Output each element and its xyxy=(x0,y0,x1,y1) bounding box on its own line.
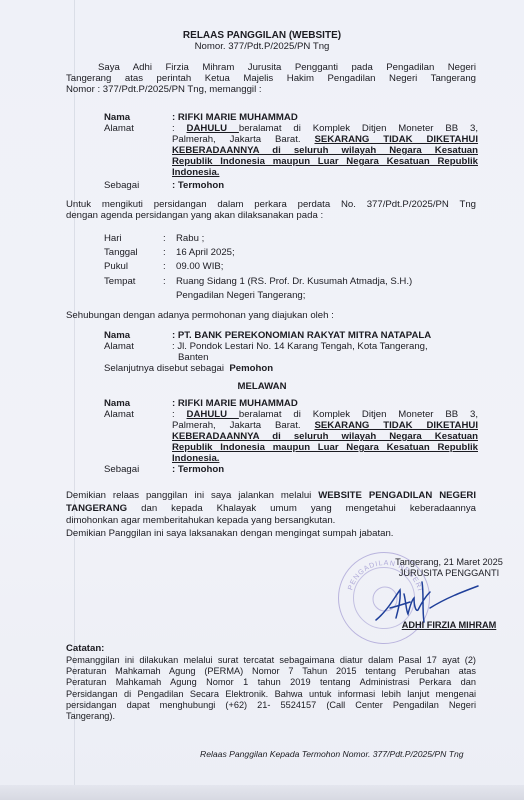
signature-position: JURUSITA PENGGANTI xyxy=(384,568,514,579)
signer-name: ADHI FIRZIA MIHRAM xyxy=(384,620,514,631)
applicant-intro: Sehubungan dengan adanya permohonan yang… xyxy=(66,310,334,321)
hearing-intro: Untuk mengikuti persidangan dalam perkar… xyxy=(66,199,476,221)
respondent-name: : RIFKI MARIE MUHAMMAD xyxy=(172,398,478,409)
role-label: Sebagai xyxy=(104,180,139,191)
applicant-role: Pemohon xyxy=(229,363,273,374)
scan-edge xyxy=(0,785,524,800)
role-value: : Termohon xyxy=(172,180,478,191)
document-page: RELAAS PANGGILAN (WEBSITE) Nomor. 377/Pd… xyxy=(0,0,524,800)
applicant-name: : PT. BANK PEREKONOMIAN RAKYAT MITRA NAT… xyxy=(172,330,478,341)
note-text: Pemanggilan ini dilakukan melalui surat … xyxy=(66,655,476,722)
applicant-address: : Jl. Pondok Lestari No. 14 Karang Tenga… xyxy=(172,341,478,352)
respondent-address: : DAHULU beralamat di Komplek Ditjen Mon… xyxy=(172,409,478,464)
document-title: RELAAS PANGGILAN (WEBSITE) xyxy=(0,30,524,41)
address-value: : DAHULU beralamat di Komplek Ditjen Mon… xyxy=(172,123,478,178)
versus-heading: MELAWAN xyxy=(0,381,524,392)
document-number: Nomor. 377/Pdt.P/2025/PN Tng xyxy=(0,41,524,52)
signature-place-date: Tangerang, 21 Maret 2025 xyxy=(384,557,514,568)
page-footer: Relaas Panggilan Kepada Termohon Nomor. … xyxy=(200,749,464,759)
respondent-role: : Termohon xyxy=(172,464,478,475)
note-heading: Catatan: xyxy=(66,643,104,654)
closing-paragraph: Demikian relaas panggilan ini saya jalan… xyxy=(66,490,476,540)
address-label: Alamat xyxy=(104,123,134,134)
name-label: Nama xyxy=(104,112,130,123)
name-value: : RIFKI MARIE MUHAMMAD xyxy=(172,112,478,123)
intro-paragraph: Saya Adhi Firzia Mihram Jurusita Penggan… xyxy=(66,62,476,95)
